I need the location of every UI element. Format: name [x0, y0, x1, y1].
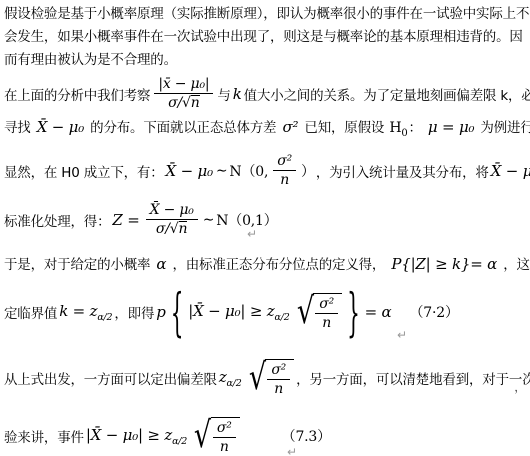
radical-sign-icon: √	[296, 297, 313, 328]
body-text: 而有理由被认为是不合理的。	[4, 52, 177, 68]
radical-sign-icon: √	[194, 421, 211, 452]
math-Z-equals: Z =	[112, 211, 139, 229]
body-text: 显然，在 H0 成立下，有：	[4, 161, 164, 181]
math-fraction: σ² n	[273, 153, 296, 188]
body-text: ，由标准正态分布分位点的定义得，	[172, 257, 385, 273]
return-mark-icon: ↵	[247, 228, 257, 240]
body-text: 已知，原假设	[304, 120, 384, 136]
return-mark-icon: ↵	[287, 446, 297, 456]
body-text: 会发生，如果小概率事件在一次试验中出现了，则这是与概率论的基本原理相违背的。因	[4, 29, 523, 45]
radical-sign-icon: √	[170, 221, 179, 237]
tilde-operator: ∼	[216, 163, 228, 179]
fraction-denominator: n	[322, 314, 331, 331]
body-text: ，另一方面，可以清楚地看到，对于一次试	[296, 368, 530, 388]
normal-dist-open: N（0,	[229, 161, 268, 181]
body-text: 值大小之间的关系。为了定量地刻画偏差限 k，必须	[244, 84, 530, 104]
para2-formula-line: 在上面的分析中我们考察 |x̄ − μ₀| σ/√n 与 k 值大小之间的关系。…	[4, 72, 528, 116]
fraction-numerator: σ²	[213, 420, 236, 438]
body-text: 与	[217, 84, 230, 104]
body-text: 验来讲，事件	[4, 426, 84, 446]
equation-number-7-2: （7·2）	[409, 302, 458, 322]
sqrt-expression: √ σ² n	[246, 359, 295, 397]
body-text: 在上面的分析中我们考察	[4, 84, 150, 104]
normal-dist-close: ）	[301, 161, 315, 181]
sqrt-expression: √ σ² n	[191, 417, 240, 455]
para2-line2: 寻找 X̄ − μ₀ 的分布。下面就以正态总体方差 σ² 已知，原假设 H0： …	[4, 116, 528, 145]
fraction-denominator: n	[280, 171, 289, 188]
edge-comma-mark: ，	[514, 381, 526, 393]
colon: ：	[409, 120, 422, 136]
document-page: 假设检验是基于小概率原理（实际推断原理），即认为概率很小的事件在一试验中实际上不…	[0, 0, 530, 456]
body-text: 为例进行讨论。	[480, 120, 530, 136]
radicand: σ² n	[211, 417, 240, 455]
math-Xbar-minus-mu0: X̄ − μ₀	[166, 162, 213, 180]
overlined-n: n	[191, 95, 200, 111]
math-fraction: σ² n	[315, 296, 338, 331]
body-text: 于是，对于给定的小概率	[4, 257, 150, 273]
fraction-numerator: X̄ − μ₀	[146, 202, 198, 220]
radical-sign-icon: √	[182, 95, 191, 111]
left-brace: {	[171, 281, 184, 342]
body-text: ，为引入统计量及其分布，将	[316, 161, 489, 181]
body-text: 定临界值	[4, 302, 57, 322]
equation-number-7-3: （7.3）	[282, 426, 331, 446]
sigma-slash: σ/	[168, 95, 182, 111]
equation-7-3-line: 验来讲，事件 |X̄ − μ₀| ≥ zα/2 √ σ² n （7.3） ↵	[4, 411, 528, 456]
math-mu-equals-mu0: μ = μ₀	[428, 120, 474, 136]
math-fraction: σ² n	[267, 362, 290, 397]
fraction-numerator: |x̄ − μ₀|	[154, 76, 213, 94]
fraction-denominator: σ/√n	[156, 220, 187, 237]
math-equals-alpha: = α	[365, 303, 392, 321]
math-xbar-minus-mu0: X̄ − μ₀	[37, 120, 84, 136]
fraction-numerator: σ²	[273, 153, 296, 171]
radicand: σ² n	[313, 293, 342, 331]
math-z-alpha2: zα/2	[219, 367, 242, 389]
hypothesis-H0: H0	[389, 120, 407, 136]
para5-formula-line: 从上式出发，一方面可以定出偏差限 zα/2 √ σ² n ，另一方面，可以清楚地…	[4, 351, 528, 405]
body-text: 标准化处理，得：	[4, 210, 110, 230]
math-prob-statement: P{|Z| ≥ k}= α	[391, 257, 497, 273]
para1-line1: 假设检验是基于小概率原理（实际推断原理），即认为概率很小的事件在一试验中实际上不	[4, 3, 528, 26]
math-alpha: α	[156, 257, 166, 273]
math-k: k	[233, 85, 242, 103]
body-text: ，即得	[114, 302, 154, 322]
math-k-equals-z-alpha2: k = zα/2	[59, 301, 112, 323]
right-brace: }	[347, 281, 360, 342]
radical-sign-icon: √	[248, 363, 265, 394]
math-abs-Xbar-geq-z: |X̄ − μ₀| ≥ zα/2	[188, 301, 289, 323]
math-Xbar-minus-mu0: X̄ − μ₀	[491, 162, 530, 180]
sqrt-expression: √ σ² n	[294, 293, 343, 331]
overlined-n: n	[179, 221, 188, 237]
math-abs-Xbar-geq-z-alpha2: |X̄ − μ₀| ≥ zα/2	[86, 425, 187, 447]
body-text: ，这就确	[503, 257, 530, 273]
tilde-operator: ∼	[203, 212, 215, 228]
sigma-slash: σ/	[156, 221, 170, 237]
fraction-numerator: σ²	[315, 296, 338, 314]
body-text: 假设检验是基于小概率原理（实际推断原理），即认为概率很小的事件在一试验中实际上不	[4, 6, 529, 22]
fraction-denominator: σ/√n	[168, 94, 199, 111]
math-fraction: X̄ − μ₀ σ/√n	[146, 202, 198, 237]
para4-line1: 于是，对于给定的小概率 α ，由标准正态分布分位点的定义得， P{|Z| ≥ k…	[4, 253, 528, 277]
equation-7-2-line: 定临界值 k = zα/2 ，即得 p { |X̄ − μ₀| ≥ zα/2 √…	[4, 281, 528, 343]
return-mark-icon: ↵	[397, 329, 407, 341]
math-p: p	[156, 303, 165, 321]
para3-formula-line1: 显然，在 H0 成立下，有： X̄ − μ₀ ∼ N（0, σ² n ） ，为引…	[4, 145, 528, 197]
fraction-denominator: n	[274, 380, 283, 397]
math-fraction: σ² n	[213, 420, 236, 455]
body-text: 从上式出发，一方面可以定出偏差限	[4, 368, 217, 388]
body-text: 的分布。下面就以正态总体方差	[90, 120, 276, 136]
fraction-denominator: n	[220, 438, 229, 455]
para3-formula-line2: 标准化处理，得： Z = X̄ − μ₀ σ/√n ∼ N（0,1） ↵	[4, 197, 528, 243]
math-sigma-squared: σ²	[282, 120, 298, 136]
radicand: σ² n	[265, 359, 294, 397]
para1-line3: 而有理由被认为是不合理的。	[4, 49, 528, 72]
math-fraction: |x̄ − μ₀| σ/√n	[154, 76, 213, 111]
para1-line2: 会发生，如果小概率事件在一次试验中出现了，则这是与概率论的基本原理相违背的。因	[4, 26, 528, 49]
fraction-numerator: σ²	[267, 362, 290, 380]
body-text: 寻找	[4, 120, 31, 136]
